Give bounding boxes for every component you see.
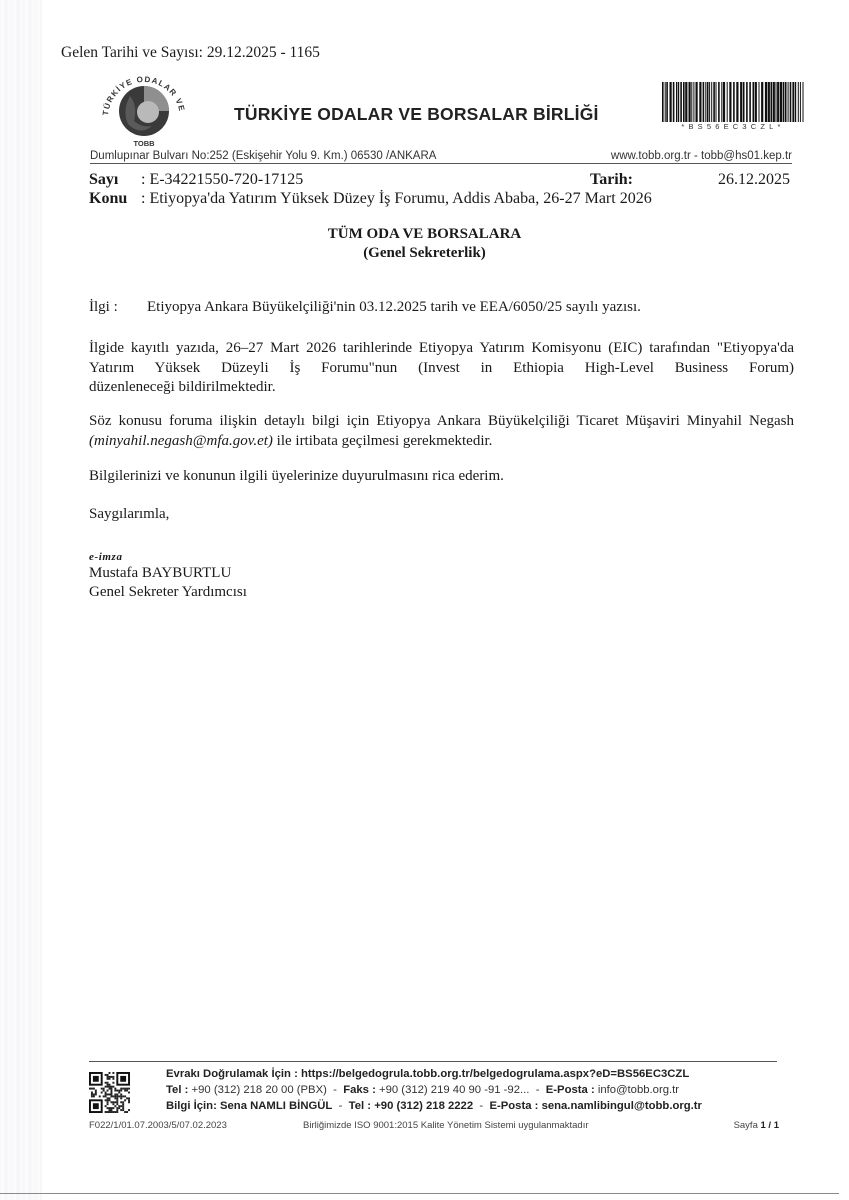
bilgi-tel-label: Tel : [349,1100,371,1112]
contact-line: Tel : +90 (312) 218 20 00 (PBX) - Faks :… [166,1082,702,1098]
eposta-label: E-Posta : [546,1084,595,1096]
signature-block: e-imza Mustafa BAYBURTLU Genel Sekreter … [89,551,247,602]
footer-divider [89,1061,777,1062]
paragraph-text-end: (minyahil.negash@mfa.gov.et) ile irtibat… [89,432,794,452]
qr-code-icon [89,1072,130,1113]
organization-name: TÜRKİYE ODALAR VE BORSALAR BİRLİĞİ [234,104,599,125]
svg-text:TOBB: TOBB [133,139,155,148]
page-value: 1 / 1 [761,1120,780,1131]
scan-bottom-edge [0,1193,839,1194]
reference-number: Sayı: E-34221550-720-17125 [89,171,303,189]
bilgi-eposta-value[interactable]: sena.namlibingul@tobb.org.tr [542,1100,702,1112]
paragraph-text: İlgide kayıtlı yazıda, 26–27 Mart 2026 t… [89,339,794,378]
barcode-icon [662,82,804,122]
barcode-text: *BS56EC3CZL* [662,122,804,131]
paragraph-text: Söz konusu foruma ilişkin detaylı bilgi … [89,412,794,432]
address-row: Dumlupınar Bulvarı No:252 (Eskişehir Yol… [90,150,792,164]
verify-url[interactable]: https://belgedogrula.tobb.org.tr/belgedo… [301,1068,689,1080]
signer-name: Mustafa BAYBURTLU [89,564,247,583]
tel-value: +90 (312) 218 20 00 (PBX) [192,1084,327,1096]
e-signature-mark: e-imza [89,551,247,564]
paragraph-text-rest: ile irtibata geçilmesi gerekmektedir. [273,433,493,449]
signer-title: Genel Sekreter Yardımcısı [89,583,247,602]
faks-value: +90 (312) 219 40 90 -91 -92... [379,1084,529,1096]
paragraph-text-end: düzenleneceği bildirilmektedir. [89,378,794,398]
verify-label: Evrakı Doğrulamak İçin : [166,1068,298,1080]
reference-line: İlgi :Etiyopya Ankara Büyükelçiliği'nin … [89,299,794,316]
bilgi-tel-value: +90 (312) 218 2222 [374,1100,473,1112]
faks-label: Faks : [343,1084,376,1096]
bilgi-label: Bilgi İçin: Sena NAMLI BİNGÜL [166,1100,332,1112]
contact-email: (minyahil.negash@mfa.gov.et) [89,433,273,449]
bilgi-eposta-label: E-Posta : [489,1100,538,1112]
incoming-stamp: Gelen Tarihi ve Sayısı: 29.12.2025 - 116… [61,44,320,62]
address: Dumlupınar Bulvarı No:252 (Eskişehir Yol… [90,150,436,162]
contact-info: www.tobb.org.tr - tobb@hs01.kep.tr [611,150,792,162]
tobb-logo-icon: TÜRKİYE ODALAR VE BORSALAR BİRLİĞİ TOBB [90,66,198,148]
body-paragraph-2: Söz konusu foruma ilişkin detaylı bilgi … [89,412,794,451]
closing: Saygılarımla, [89,505,794,525]
footer-info: Evrakı Doğrulamak İçin : https://belgedo… [166,1066,702,1114]
info-line: Bilgi İçin: Sena NAMLI BİNGÜL - Tel : +9… [166,1098,702,1114]
recipient-department: (Genel Sekreterlik) [0,244,849,263]
ilgi-label: İlgi : [89,299,147,316]
body-paragraph-3: Bilgilerinizi ve konunun ilgili üyelerin… [89,467,794,487]
recipient-block: TÜM ODA VE BORSALARA (Genel Sekreterlik) [0,225,849,263]
recipient-line: TÜM ODA VE BORSALARA [0,225,849,244]
body-paragraph-1: İlgide kayıtlı yazıda, 26–27 Mart 2026 t… [89,339,794,398]
page-number: Sayfa 1 / 1 [734,1120,779,1131]
page-label: Sayfa [734,1120,758,1131]
sayi-value: : E-34221550-720-17125 [141,171,303,188]
iso-note: Birliğimizde ISO 9001:2015 Kalite Yöneti… [303,1120,589,1131]
form-code: F022/1/01.07.2003/5/07.02.2023 [89,1120,227,1131]
konu-label: Konu [89,190,141,208]
sayi-label: Sayı [89,171,141,189]
scan-edge-artifact [0,0,42,1200]
ilgi-text: Etiyopya Ankara Büyükelçiliği'nin 03.12.… [147,299,641,315]
tarih-value: 26.12.2025 [718,171,790,189]
tel-label: Tel : [166,1084,188,1096]
verify-line: Evrakı Doğrulamak İçin : https://belgedo… [166,1066,702,1082]
tarih-label: Tarih: [590,171,633,188]
document-date: Tarih: 26.12.2025 [590,171,790,189]
eposta-value[interactable]: info@tobb.org.tr [598,1084,679,1096]
konu-value: : Etiyopya'da Yatırım Yüksek Düzey İş Fo… [141,190,652,207]
subject: Konu: Etiyopya'da Yatırım Yüksek Düzey İ… [89,190,652,208]
